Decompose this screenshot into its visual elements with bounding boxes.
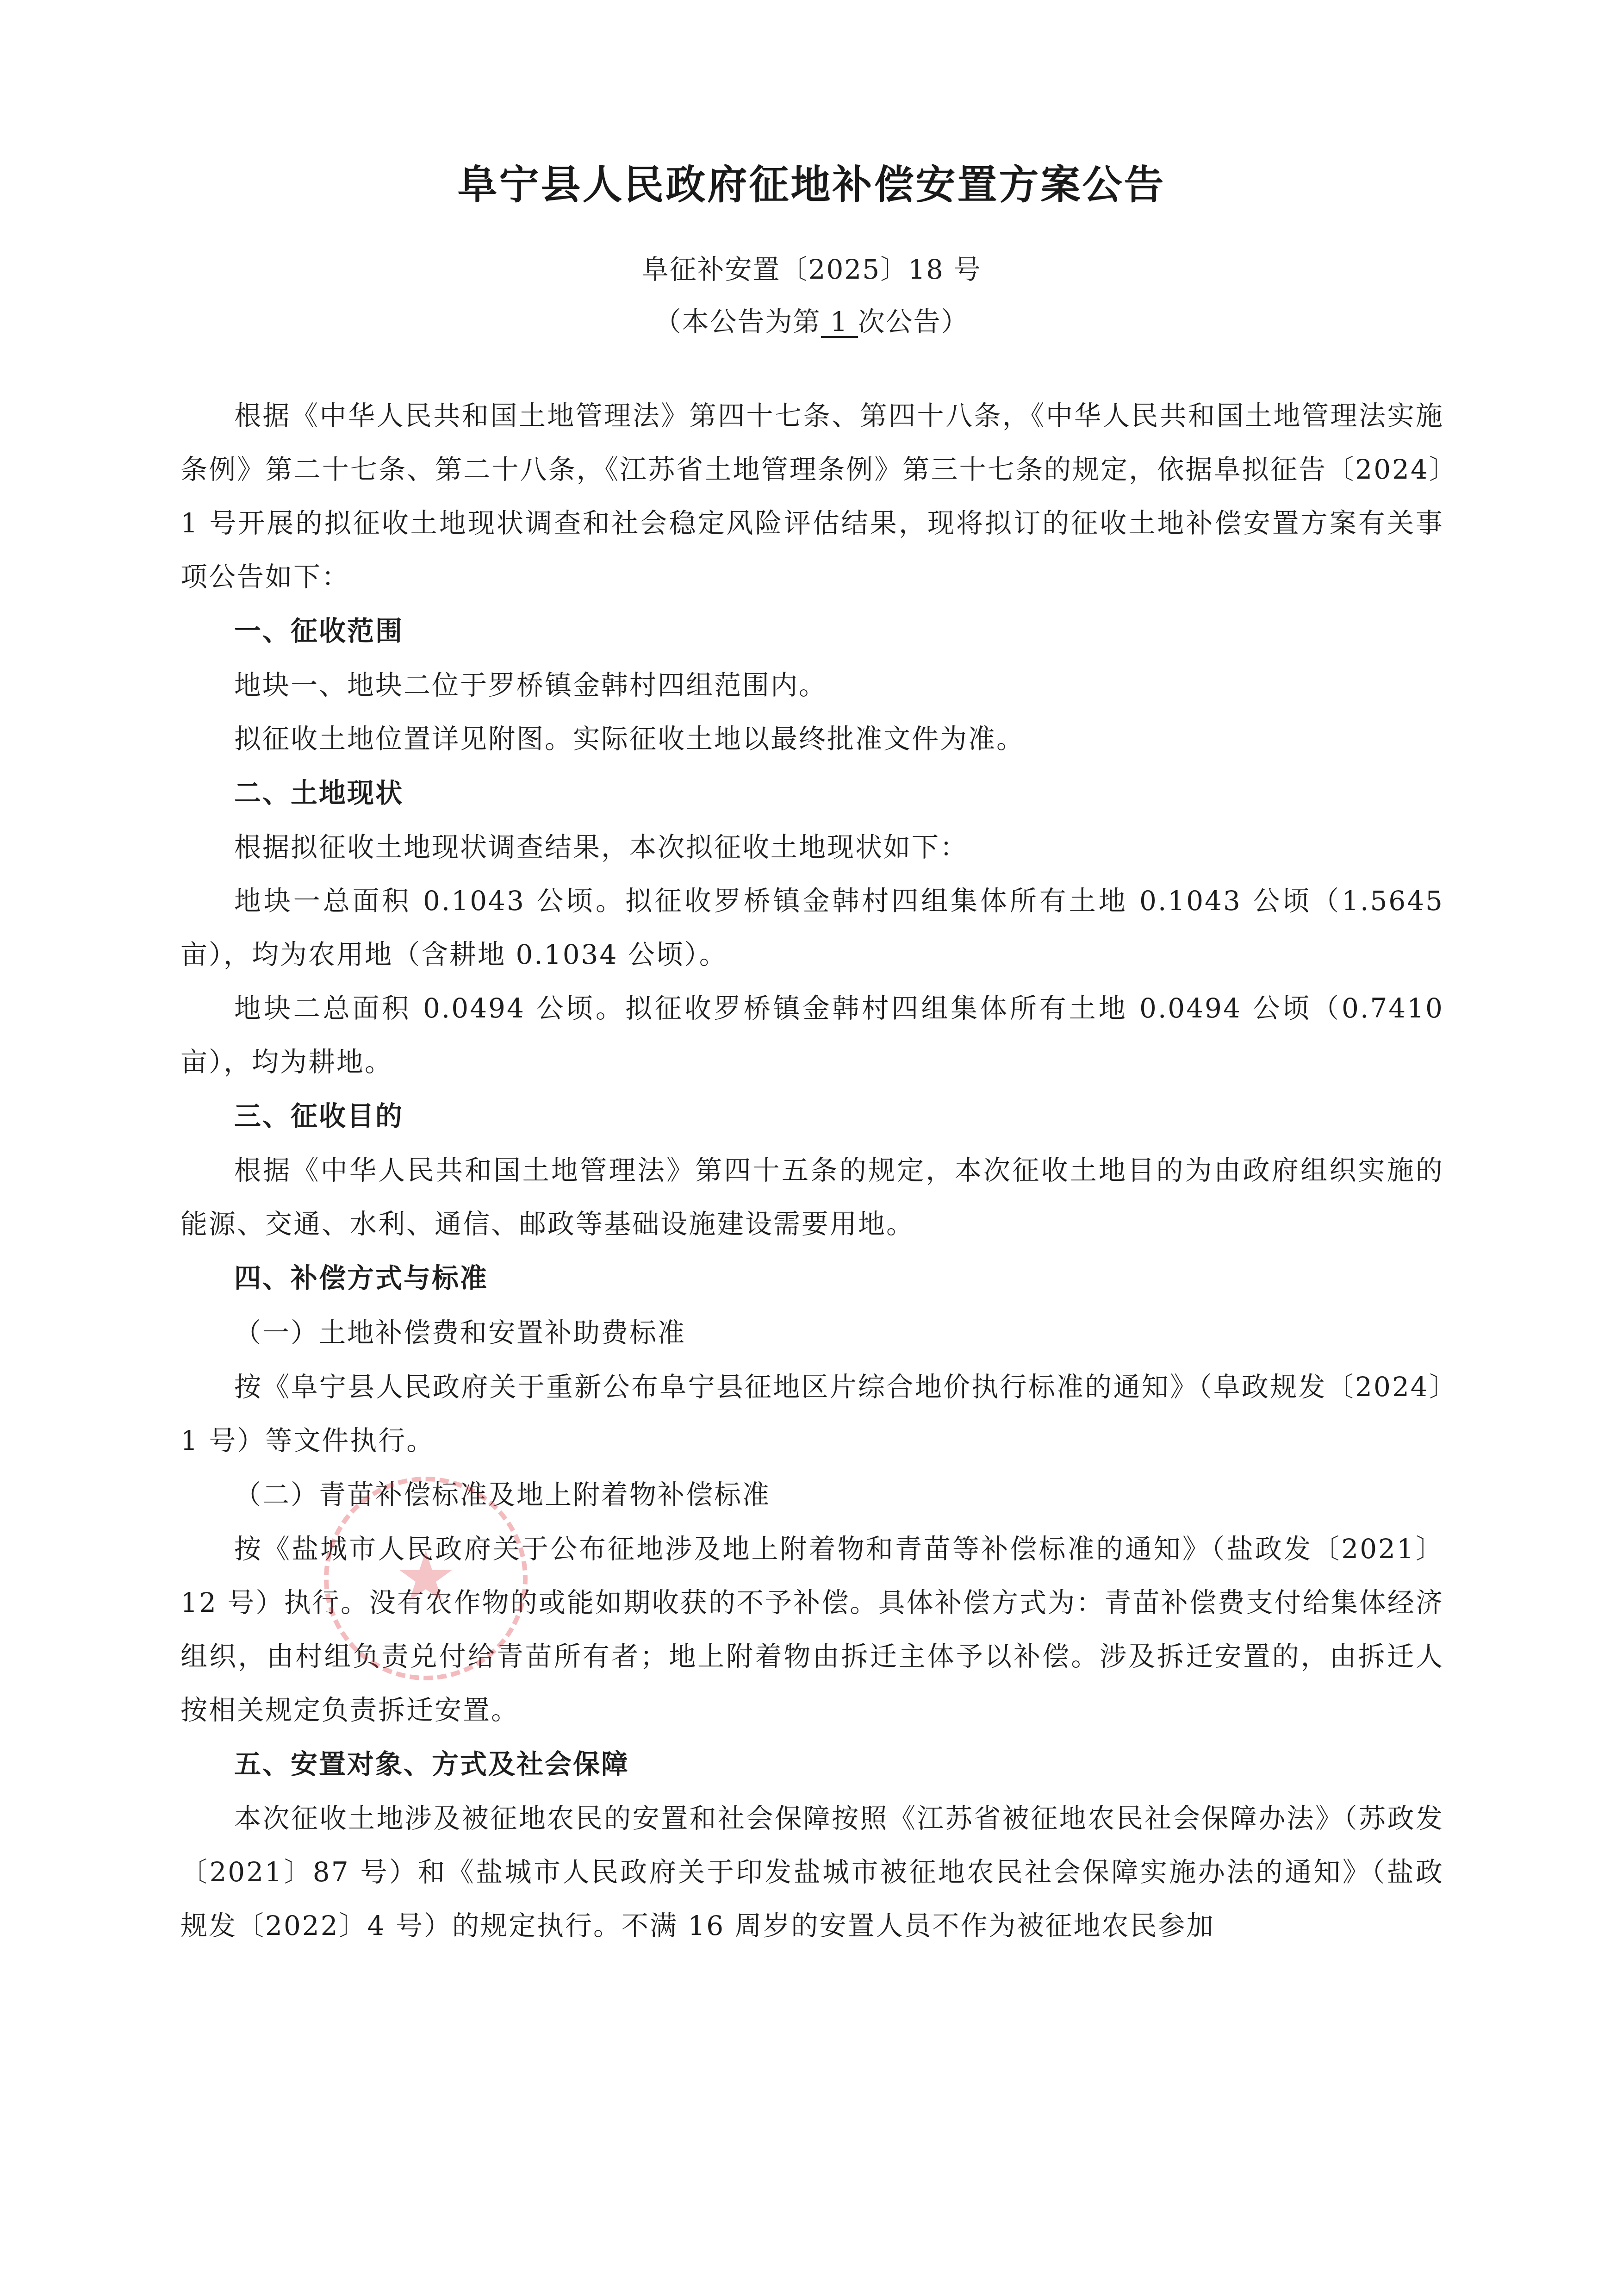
- paragraph: 地块一、地块二位于罗桥镇金韩村四组范围内。: [180, 658, 1444, 712]
- section-heading-resettlement: 五、安置对象、方式及社会保障: [180, 1737, 1444, 1791]
- round-number: 1: [821, 308, 858, 338]
- subsection-heading-crop-compensation: （二）青苗补偿标准及地上附着物补偿标准: [180, 1467, 1444, 1522]
- announcement-round: （本公告为第1次公告）: [0, 300, 1623, 339]
- section-heading-land-status: 二、土地现状: [180, 766, 1444, 820]
- paragraph: 按《阜宁县人民政府关于重新公布阜宁县征地区片综合地价执行标准的通知》（阜政规发〔…: [180, 1360, 1444, 1467]
- paragraph: 拟征收土地位置详见附图。实际征收土地以最终批准文件为准。: [180, 712, 1444, 766]
- paragraph: 地块二总面积 0.0494 公顷。拟征收罗桥镇金韩村四组集体所有土地 0.049…: [180, 981, 1444, 1089]
- document-body: 根据《中华人民共和国土地管理法》第四十七条、第四十八条，《中华人民共和国土地管理…: [180, 389, 1444, 1953]
- paragraph: 根据拟征收土地现状调查结果，本次拟征收土地现状如下：: [180, 820, 1444, 874]
- round-prefix: （本公告为第: [654, 306, 821, 337]
- paragraph: 根据《中华人民共和国土地管理法》第四十五条的规定，本次征收土地目的为由政府组织实…: [180, 1143, 1444, 1251]
- section-heading-compensation: 四、补偿方式与标准: [180, 1251, 1444, 1305]
- paragraph: 地块一总面积 0.1043 公顷。拟征收罗桥镇金韩村四组集体所有土地 0.104…: [180, 874, 1444, 981]
- document-page: 阜宁县人民政府征地补偿安置方案公告 阜征补安置〔2025〕18 号 （本公告为第…: [0, 0, 1623, 2296]
- document-number: 阜征补安置〔2025〕18 号: [0, 248, 1623, 287]
- paragraph: 本次征收土地涉及被征地农民的安置和社会保障按照《江苏省被征地农民社会保障办法》（…: [180, 1791, 1444, 1953]
- subsection-heading-land-compensation: （一）土地补偿费和安置补助费标准: [180, 1305, 1444, 1360]
- paragraph: 按《盐城市人民政府关于公布征地涉及地上附着物和青苗等补偿标准的通知》（盐政发〔2…: [180, 1522, 1444, 1737]
- round-suffix: 次公告）: [858, 306, 969, 337]
- intro-paragraph: 根据《中华人民共和国土地管理法》第四十七条、第四十八条，《中华人民共和国土地管理…: [180, 389, 1444, 604]
- section-heading-purpose: 三、征收目的: [180, 1089, 1444, 1143]
- section-heading-scope: 一、征收范围: [180, 604, 1444, 658]
- document-title: 阜宁县人民政府征地补偿安置方案公告: [0, 153, 1623, 210]
